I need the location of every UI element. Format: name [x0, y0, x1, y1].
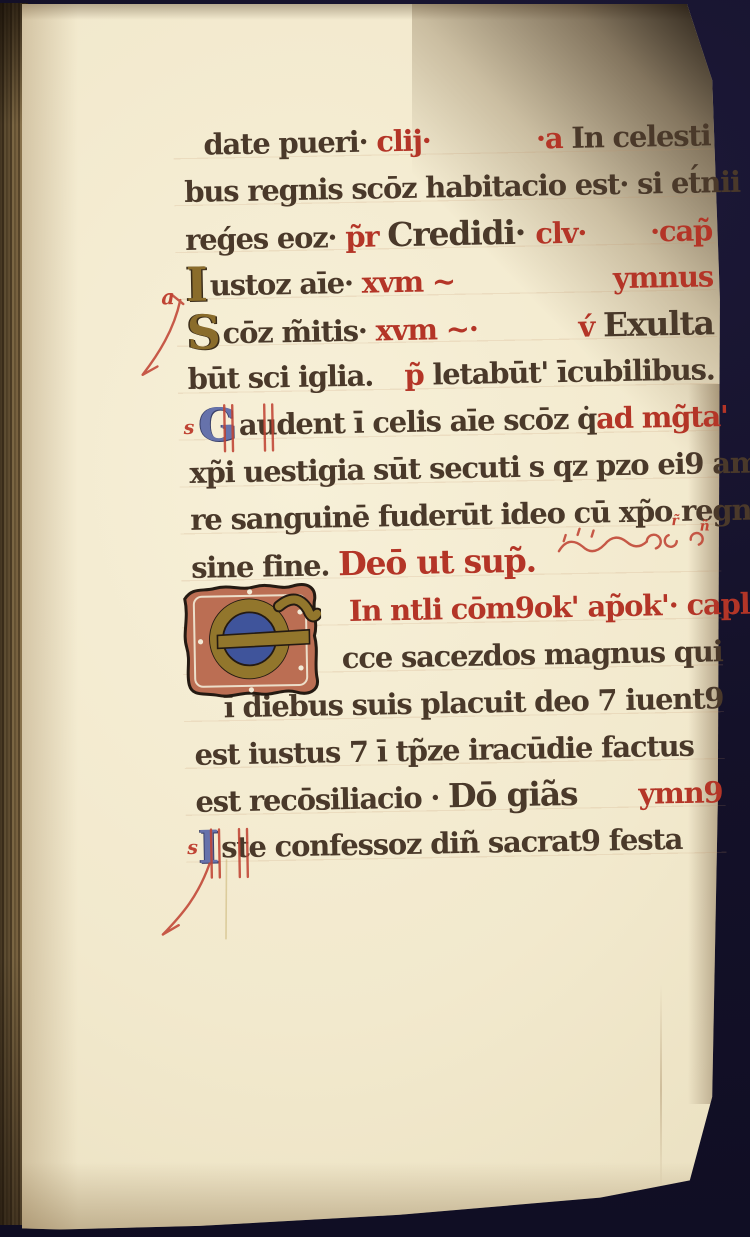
text-segment: est recōsiliacio · — [195, 775, 448, 827]
manuscript-line: Iste confessoz diñ sacrat9 festa — [196, 816, 724, 873]
text-segment: Credidi· — [387, 209, 536, 259]
rubric-segment: In ntli cōm9ok' ap̃ok'· capl'· — [349, 580, 750, 635]
rubric-segment: Deō ut sup̃. — [338, 538, 537, 589]
text-segment: cce sacezdos magnus qui — [341, 628, 723, 682]
rubric-segment: p̃r — [345, 213, 388, 261]
rubric-segment: ad mg̃ta' — [596, 393, 728, 442]
text-segment: letabūt' īcubilibus. — [432, 347, 715, 399]
rubric-segment: ·a — [535, 115, 571, 163]
text-segment: būt sci iglia. — [187, 353, 382, 403]
rubric-segment: v́ — [578, 303, 603, 350]
rubric-segment: clv· — [535, 209, 596, 257]
text-segment: ste confessoz diñ sacrat9 festa — [221, 816, 683, 871]
text-segment: reǵes eoz· — [185, 214, 346, 264]
rubric-segment: xvm ~· — [375, 305, 487, 354]
text-lines: date pueri· clij· ·a In celestibus regni… — [183, 112, 724, 872]
text-segment: Exulta — [603, 300, 715, 349]
justification-gap — [464, 288, 613, 291]
justification-gap — [440, 149, 536, 151]
rubric-segment: p̃ — [404, 352, 433, 399]
rubric-segment: ymn9 — [638, 770, 723, 818]
justification-gap — [595, 241, 650, 242]
text-block: date pueri· clij· ·a In celestibus regni… — [183, 112, 724, 882]
text-segment: In celesti — [571, 112, 711, 161]
initial-letter: G — [199, 425, 236, 426]
manuscript-photo: date pueri· clij· ·a In celestibus regni… — [0, 0, 750, 1237]
rubric-segment: ·cap̃ — [650, 207, 713, 255]
text-segment: ustoz aīe· — [209, 259, 362, 309]
gutter-shadow — [22, 4, 78, 1232]
rubric-segment: ymnus — [612, 253, 713, 302]
justification-gap — [578, 804, 639, 805]
justification-gap — [487, 336, 579, 338]
text-segment: cōz m̃itis· — [222, 307, 376, 357]
text-segment: date pueri· — [203, 118, 377, 168]
initial-letter: S — [187, 333, 220, 334]
bottom-edge-shadow — [22, 1162, 722, 1232]
page-fold-line — [660, 984, 662, 1194]
decorated-initial-E — [178, 581, 322, 702]
rubric-segment: xvm ~ — [361, 258, 464, 307]
rubric-segment: clij· — [376, 117, 440, 165]
text-segment: audent ī celis aīe scōz q̇ — [238, 396, 596, 449]
text-segment: Dō giãs — [448, 771, 578, 820]
